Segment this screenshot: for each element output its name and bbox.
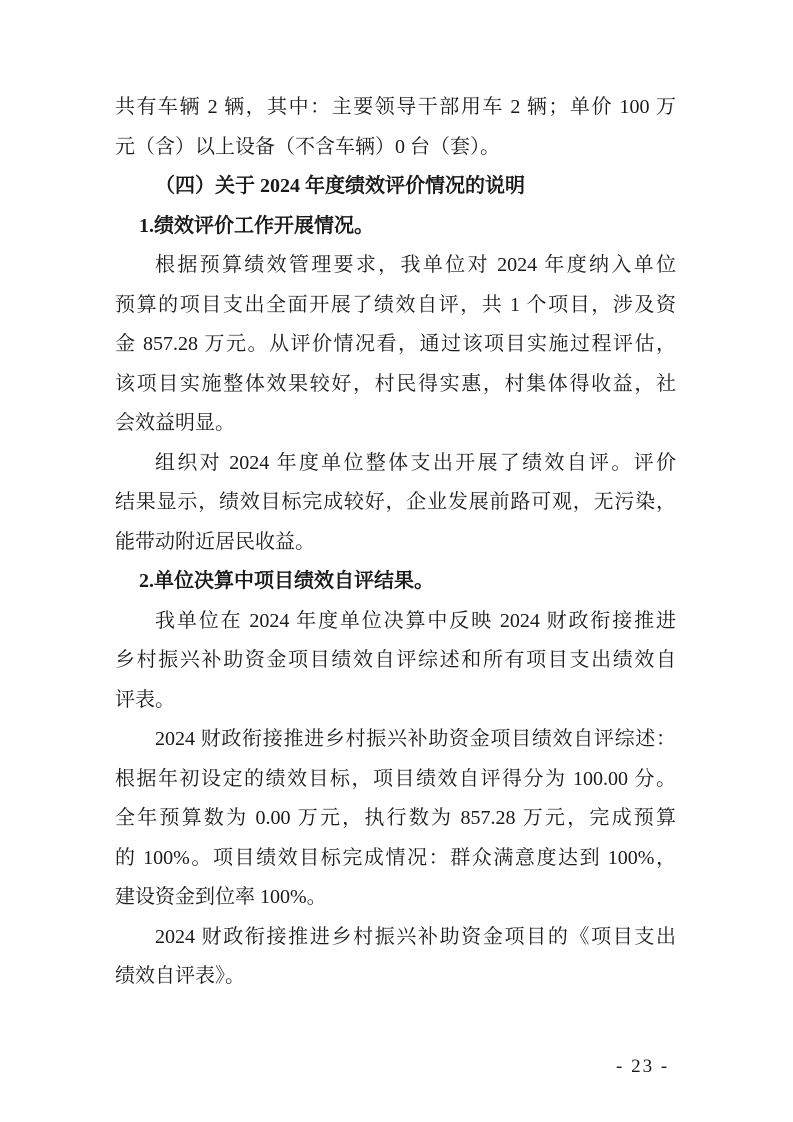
text-line: 结果显示，绩效目标完成较好，企业发展前路可观，无污染， [115, 483, 676, 523]
text-line: 该项目实施整体效果较好，村民得实惠，村集体得收益，社 [115, 365, 676, 405]
text-line: 预算的项目支出全面开展了绩效自评，共 1 个项目，涉及资 [115, 286, 676, 326]
text-line: 绩效自评表》。 [115, 957, 676, 997]
text-line: 能带动附近居民收益。 [115, 523, 676, 563]
text-line: 组织对 2024 年度单位整体支出开展了绩效自评。评价 [115, 444, 676, 484]
text-line: 共有车辆 2 辆，其中：主要领导干部用车 2 辆；单价 100 万 [115, 88, 676, 128]
text-line: 的 100%。项目绩效目标完成情况：群众满意度达到 100%， [115, 839, 676, 879]
subsection-heading: 2.单位决算中项目绩效自评结果。 [115, 562, 676, 602]
text-line: 元（含）以上设备（不含车辆）0 台（套）。 [115, 128, 676, 168]
text-line: 我单位在 2024 年度单位决算中反映 2024 财政衔接推进 [115, 602, 676, 642]
document-page: 共有车辆 2 辆，其中：主要领导干部用车 2 辆；单价 100 万 元（含）以上… [0, 0, 793, 1122]
text-line: 全年预算数为 0.00 万元，执行数为 857.28 万元，完成预算 [115, 799, 676, 839]
section-heading: （四）关于 2024 年度绩效评价情况的说明 [115, 167, 676, 207]
document-body: 共有车辆 2 辆，其中：主要领导干部用车 2 辆；单价 100 万 元（含）以上… [115, 88, 676, 997]
text-line: 根据年初设定的绩效目标，项目绩效自评得分为 100.00 分。 [115, 760, 676, 800]
text-line: 金 857.28 万元。从评价情况看，通过该项目实施过程评估， [115, 325, 676, 365]
text-line: 2024 财政衔接推进乡村振兴补助资金项目绩效自评综述： [115, 720, 676, 760]
text-line: 建设资金到位率 100%。 [115, 878, 676, 918]
page-number: - 23 - [616, 1052, 669, 1082]
text-line: 评表。 [115, 681, 676, 721]
text-line: 根据预算绩效管理要求，我单位对 2024 年度纳入单位 [115, 246, 676, 286]
subsection-heading: 1.绩效评价工作开展情况。 [115, 207, 676, 247]
text-line: 会效益明显。 [115, 404, 676, 444]
text-line: 2024 财政衔接推进乡村振兴补助资金项目的《项目支出 [115, 918, 676, 958]
text-line: 乡村振兴补助资金项目绩效自评综述和所有项目支出绩效自 [115, 641, 676, 681]
